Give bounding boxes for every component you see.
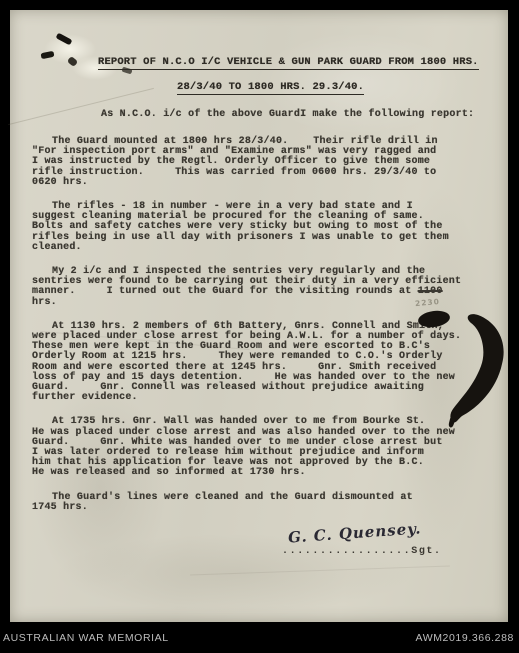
paragraph-guard-mounted: The Guard mounted at 1800 hrs 28/3/40. T…: [32, 137, 500, 188]
paragraph-sentries-text-before: My 2 i/c and I inspected the sentries ve…: [32, 266, 461, 297]
paragraph-guard-dismounted: The Guard's lines were cleaned and the G…: [32, 493, 500, 513]
ink-mark: [41, 51, 55, 60]
report-title-line2-text: 28/3/40 TO 1800 HRS. 29.3/40.: [177, 81, 364, 95]
report-intro-line: As N.C.O. i/c of the above GuardI make t…: [101, 109, 474, 120]
catalog-number: AWM2019.366.288: [415, 632, 514, 644]
archive-scan-view: REPORT OF N.C.O I/C VEHICLE & GUN PARK G…: [0, 0, 519, 653]
report-title-line2: 28/3/40 TO 1800 HRS. 29.3/40.: [177, 81, 364, 93]
report-title-line1: REPORT OF N.C.O I/C VEHICLE & GUN PARK G…: [98, 56, 479, 68]
report-body: The Guard mounted at 1800 hrs 28/3/40. T…: [32, 137, 500, 527]
pencil-annotation: 2230: [415, 297, 441, 308]
document-page: REPORT OF N.C.O I/C VEHICLE & GUN PARK G…: [10, 10, 508, 622]
institution-label: AUSTRALIAN WAR MEMORIAL: [3, 632, 169, 644]
paragraph-sentries-inspection: My 2 i/c and I inspected the sentries ve…: [32, 267, 500, 308]
struck-out-time: 1100: [418, 286, 443, 297]
ink-mark: [56, 33, 73, 46]
paragraph-arrests: At 1130 hrs. 2 members of 6th Battery, G…: [32, 322, 500, 404]
paper-crease: [190, 565, 450, 575]
paragraph-rifles-condition: The rifles - 18 in number - were in a ve…: [32, 202, 500, 253]
caption-bar: AUSTRALIAN WAR MEMORIAL AWM2019.366.288: [0, 622, 519, 653]
report-title-line1-text: REPORT OF N.C.O I/C VEHICLE & GUN PARK G…: [98, 56, 479, 70]
ink-mark: [67, 56, 78, 67]
paper-damage-light-patch: [44, 34, 96, 64]
paragraph-sentries-text-after: hrs.: [32, 297, 57, 308]
signature-typed-line: .................Sgt.: [282, 546, 442, 557]
paragraph-wall-white: At 1735 hrs. Gnr. Wall was handed over t…: [32, 417, 500, 478]
